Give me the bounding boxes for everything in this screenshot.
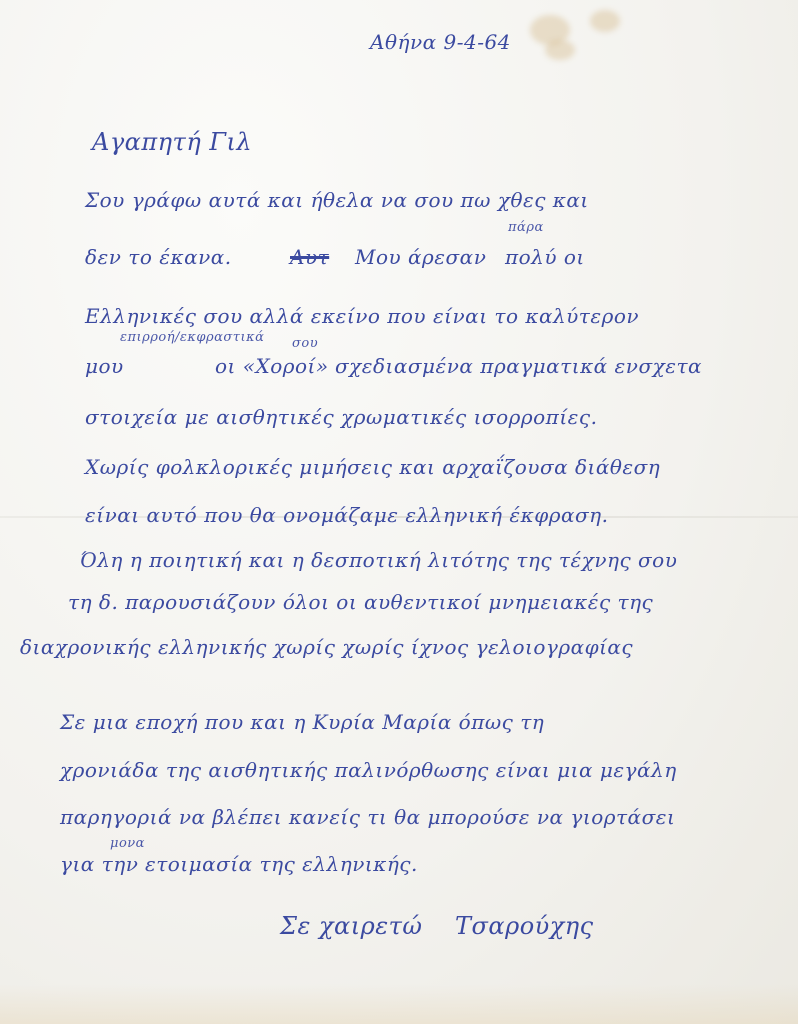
letter-salutation: Αγαπητή Γιλ (92, 128, 252, 156)
letter-closing: Σε χαιρετώ (280, 912, 422, 940)
letter-line: μου (85, 354, 124, 378)
letter-line: ετοιμασία της ελληνικής. (145, 852, 418, 876)
letter-page: Αθήνα 9-4-64 Αγαπητή Γιλ Σου γράφω αυτά … (0, 0, 798, 1024)
paper-edge (0, 984, 798, 1024)
letter-line: Σου γράφω αυτά και ήθελα να σου πω χθες … (85, 188, 589, 212)
letter-insertion: πάρα (508, 220, 544, 235)
letter-insertion: σου (292, 336, 318, 351)
stain (545, 40, 575, 60)
struck-word: Αυτ (290, 245, 329, 269)
letter-line: Μου άρεσαν (355, 245, 486, 269)
letter-line: στοιχεία με αισθητικές χρωματικές ισορρο… (85, 405, 597, 429)
letter-line: πολύ οι (505, 245, 585, 269)
letter-line: Σε μια εποχή που και η Κυρία Μαρία όπως … (60, 710, 544, 734)
letter-line: χρονιάδα της αισθητικής παλινόρθωσης είν… (60, 758, 677, 782)
letter-line: για την (60, 852, 138, 876)
letter-date: Αθήνα 9-4-64 (370, 30, 511, 54)
letter-line: παρηγοριά να βλέπει κανείς τι θα μπορούσ… (60, 805, 675, 829)
letter-line: Όλη η ποιητική και η δεσποτική λιτότης τ… (80, 548, 677, 572)
letter-line: διαχρονικής ελληνικής χωρίς χωρίς ίχνος … (20, 635, 633, 659)
signature: Τσαρούχης (455, 912, 594, 940)
letter-line: σχεδιασμένα πραγματικά ενσχετα (335, 354, 702, 378)
letter-line: είναι αυτό που θα ονομάζαμε ελληνική έκφ… (85, 503, 608, 527)
letter-line: Χωρίς φολκλορικές μιμήσεις και αρχαΐζουσ… (85, 455, 660, 479)
letter-insertion: μονα (110, 836, 145, 851)
stain (590, 10, 620, 32)
letter-line: οι «Χοροί» (215, 354, 329, 378)
letter-insertion: επιρροή/εκφραστικά (120, 330, 264, 345)
letter-line: Ελληνικές σου αλλά εκείνο που είναι το κ… (85, 304, 639, 328)
letter-line: δεν το έκανα. (85, 245, 232, 269)
letter-line: τη δ. παρουσιάζουν όλοι οι αυθεντικοί μν… (68, 590, 653, 614)
